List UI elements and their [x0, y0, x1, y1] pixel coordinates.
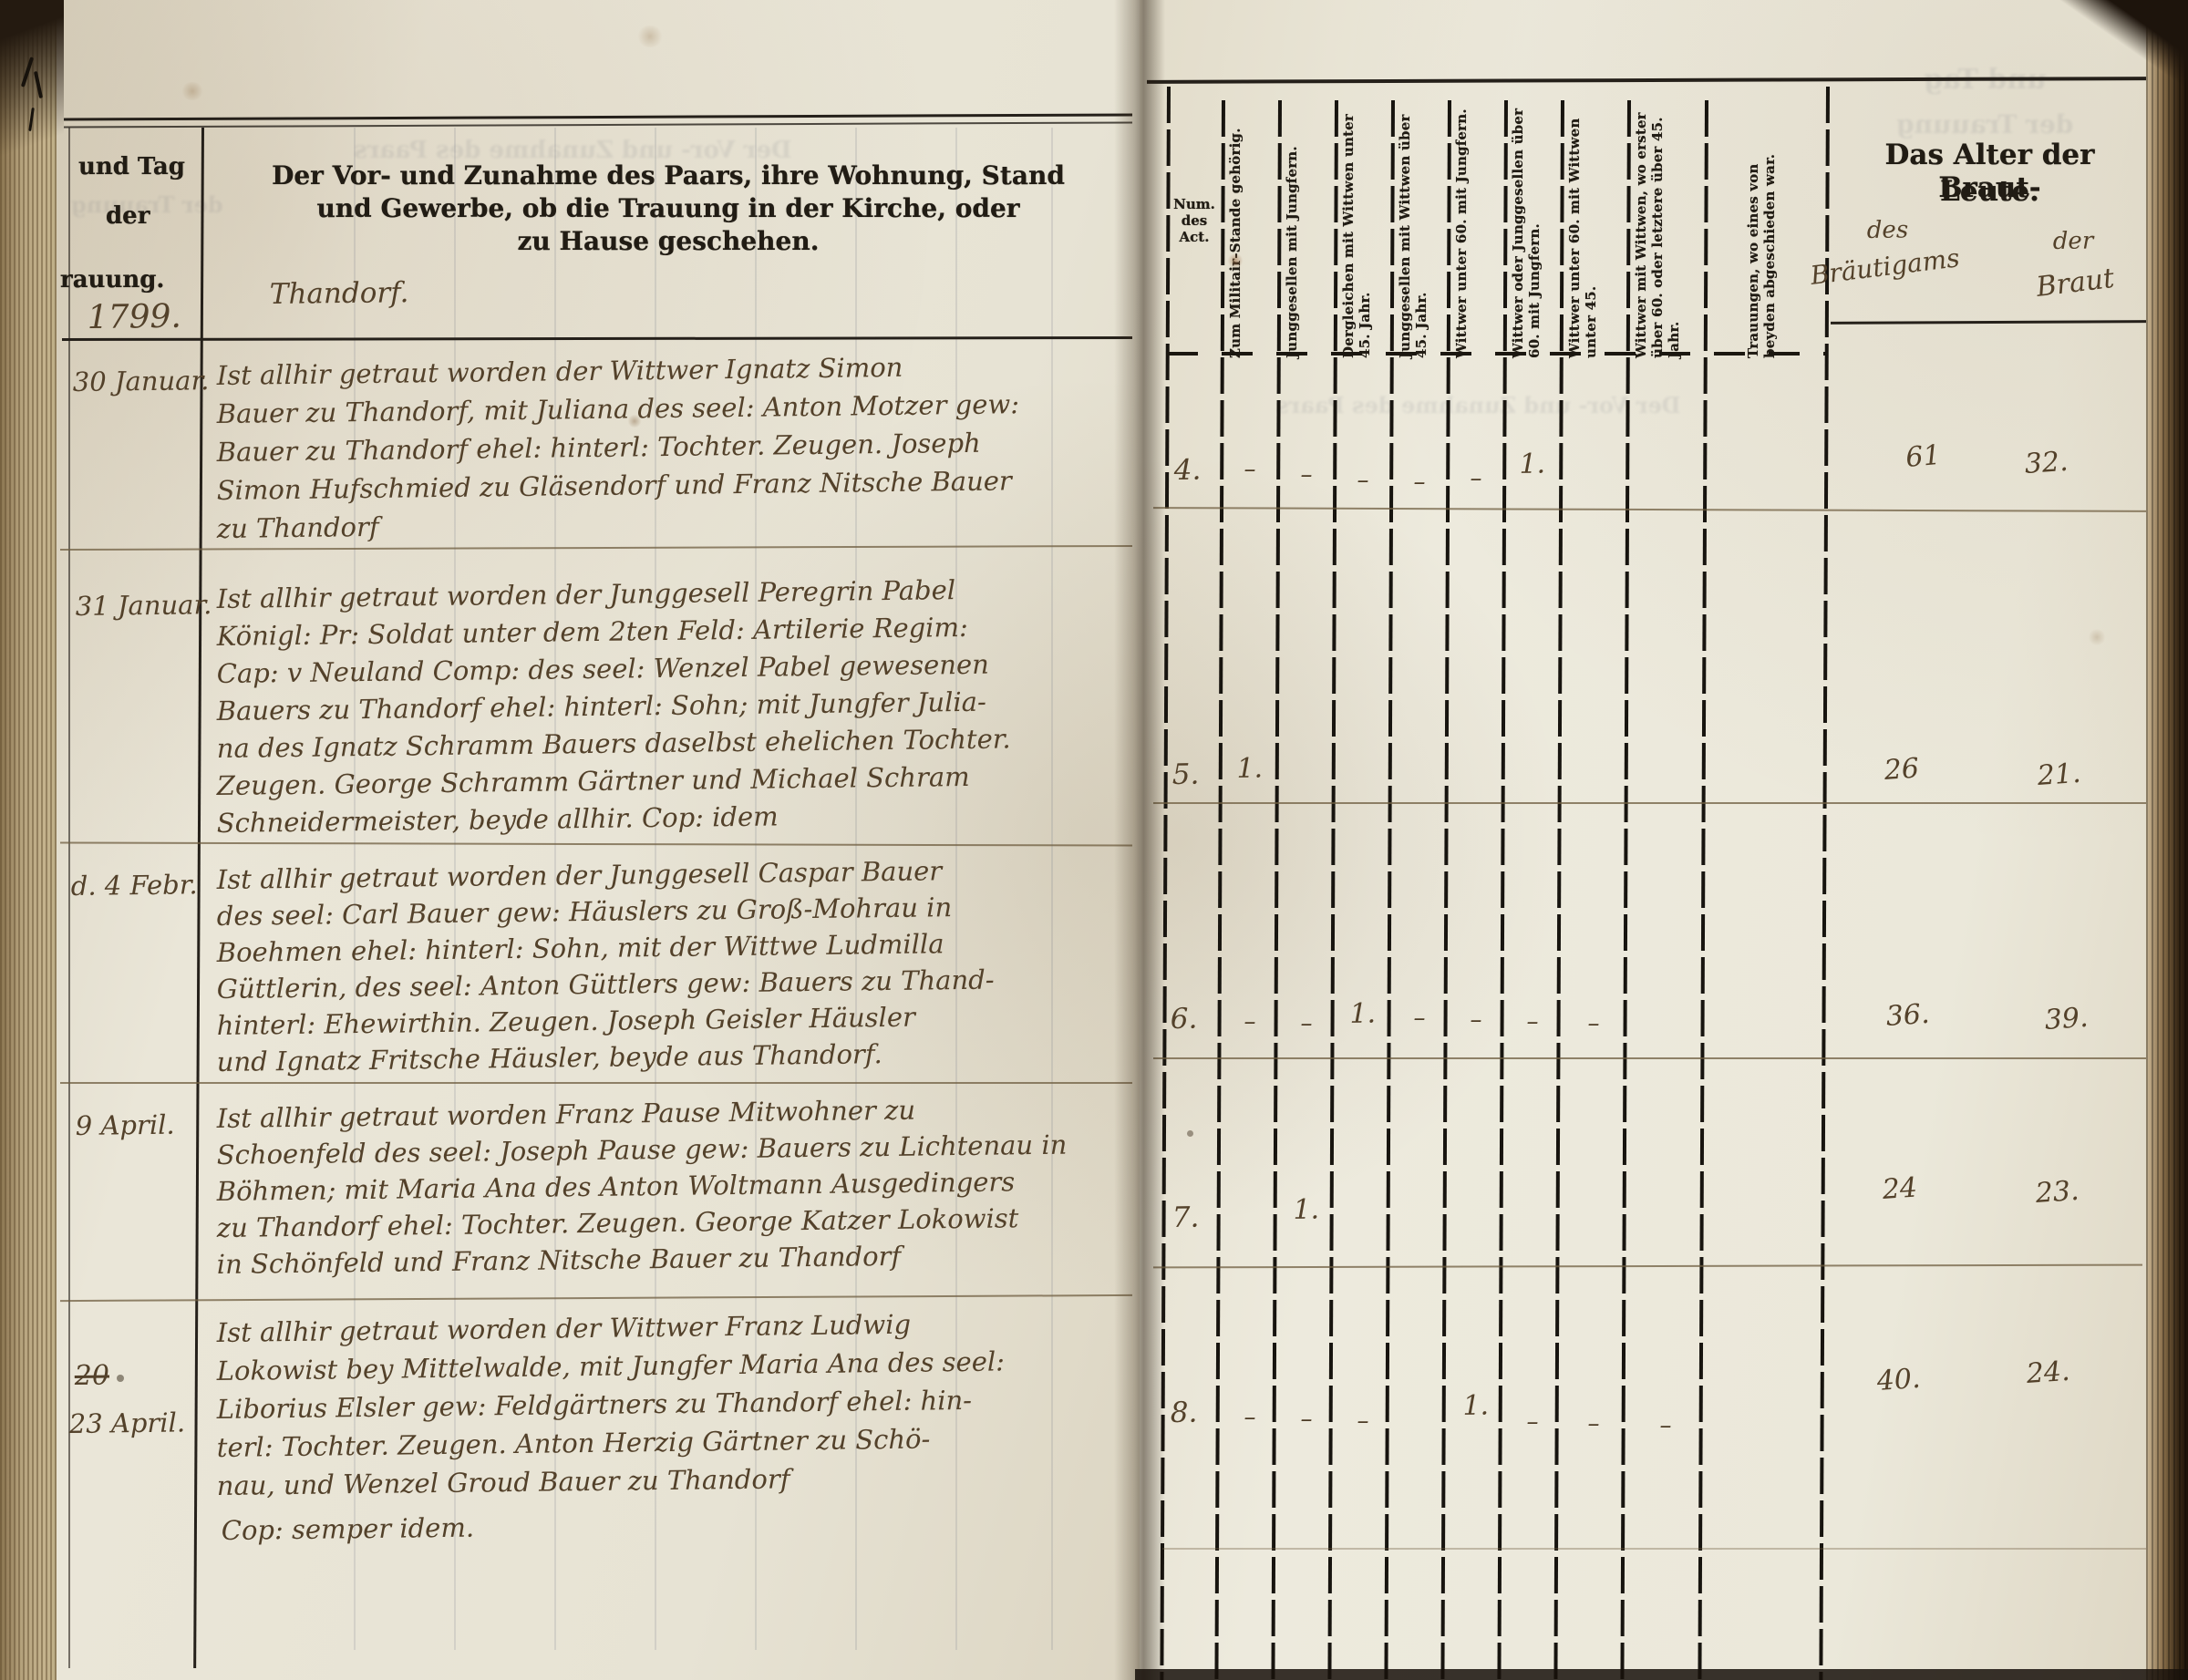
tally-mark: –	[1512, 1008, 1553, 1036]
right-page: und Tag der Trauung Der Vor- und Zunahme…	[1140, 0, 2152, 1680]
col-header: Wittwer mit Wittwen, wo erster über 60. …	[1633, 108, 1700, 358]
stain	[2088, 629, 2106, 645]
groom-age: 40.	[1876, 1363, 1922, 1397]
entry-line: Cop: semper idem.	[222, 1512, 475, 1546]
entry-line: Lokowist bey Mittelwalde, mit Jungfer Ma…	[217, 1345, 1006, 1386]
col-header: Wittwer unter 60. mit Jungfern.	[1453, 108, 1501, 358]
tally-mark: –	[1286, 1406, 1326, 1433]
bride-age: 24.	[2026, 1355, 2071, 1390]
date-col-header-line: der	[106, 202, 150, 230]
bride-age: 32.	[2024, 446, 2069, 480]
entry-line: Güttlerin, des seel: Anton Güttlers gew:…	[217, 964, 995, 1005]
col-header: Trauungen, wo eines von beyden abgeschie…	[1745, 108, 1796, 358]
entry-line: und Ignatz Fritsche Häusler, beyde aus T…	[217, 1038, 882, 1077]
stain	[117, 1375, 124, 1382]
stain	[181, 82, 204, 100]
entry-line: in Schönfeld und Franz Nitsche Bauer zu …	[217, 1241, 902, 1280]
bride-age: 39.	[2044, 1002, 2090, 1036]
page-title-line: und Gewerbe, ob die Trauung in der Kirch…	[217, 193, 1120, 223]
col-header: Wittwer unter 60. mit Wittwen unter 45.	[1566, 108, 1623, 358]
entry-line: Simon Hufschmied zu Gläsendorf und Franz…	[217, 465, 1012, 506]
header-bottom-dashes	[1167, 352, 1826, 356]
book-fore-edge-right	[2146, 0, 2188, 1680]
groom-age: 26	[1884, 752, 1921, 787]
tally-mark: –	[1399, 1005, 1440, 1032]
stain	[1227, 253, 1244, 268]
entry-line: na des Ignatz Schramm Bauers daselbst eh…	[217, 723, 1011, 764]
ages-title-line: Leute.	[1832, 175, 2147, 208]
header-bottom-rule	[62, 336, 1132, 341]
col-header: Zum Militair-Stande gehörig.	[1227, 108, 1275, 358]
place-note: Thandorf.	[270, 276, 409, 311]
scanned-marriage-register: Der Vor- und Zunahme des Paars der Trauu…	[0, 0, 2188, 1680]
row-num: 8.	[1171, 1397, 1198, 1429]
bride-subheader-line: Braut	[2035, 263, 2116, 304]
entry-line: terl: Tochter. Zeugen. Anton Herzig Gärt…	[217, 1423, 931, 1463]
col-header: Junggesellen mit Jungfern.	[1284, 108, 1331, 358]
entry-date: 30 Januar.	[73, 365, 210, 397]
entry-separator	[60, 1294, 1132, 1302]
background-bottom	[1135, 1669, 2188, 1680]
tally-mark: –	[1343, 1407, 1383, 1435]
entry-line: zu Thandorf ehel: Tochter. Zeugen. Georg…	[217, 1202, 1019, 1243]
col-header: Junggesellen mit Wittwen über 45. Jahr.	[1397, 108, 1444, 358]
bride-age: 23.	[2035, 1175, 2080, 1210]
book-fore-edge-left	[0, 0, 57, 1680]
date-col-header-line: rauung.	[60, 266, 165, 294]
row-separator	[1153, 1057, 2149, 1059]
entry-separator	[60, 1082, 1132, 1084]
tally-mark: –	[1343, 467, 1383, 494]
entry-line: Bauers zu Thandorf ehel: hinterl: Sohn; …	[217, 686, 986, 727]
entry-line: Böhmen; mit Maria Ana des Anton Woltmann…	[217, 1166, 1016, 1207]
groom-subheader-line: des	[1867, 216, 1909, 244]
column-line	[1214, 100, 1225, 1680]
groom-age: 36.	[1885, 998, 1931, 1033]
row-separator	[1162, 1548, 2147, 1550]
tally-mark: –	[1230, 1008, 1270, 1036]
year-label: 1799.	[87, 298, 181, 336]
tally-mark: –	[1574, 1010, 1614, 1037]
entry-separator	[60, 545, 1132, 551]
tally-mark: –	[1399, 469, 1440, 496]
top-rule	[64, 113, 1132, 120]
tally-mark: 1.	[1230, 752, 1270, 785]
col-header: Wittwer oder Junggesellen über 60. mit J…	[1510, 108, 1557, 358]
tally-mark: –	[1512, 1408, 1553, 1436]
entry-date: 9 April.	[76, 1109, 175, 1141]
entry-line: Ist allhir getraut worden der Junggesell…	[217, 855, 943, 895]
row-separator	[1153, 802, 2149, 804]
entry-date: 31 Januar.	[76, 589, 212, 622]
entry-line: hinterl: Ehewirthin. Zeugen. Joseph Geis…	[217, 1002, 915, 1041]
background-corner	[2051, 0, 2188, 100]
book-spine-corner	[0, 0, 64, 173]
entry-line: Cap: v Neuland Comp: des seel: Wenzel Pa…	[217, 649, 989, 689]
entry-line: Ist allhir getraut worden der Wittwer Fr…	[217, 1309, 912, 1348]
tally-mark: –	[1230, 456, 1270, 483]
page-gutter-shadow	[1114, 0, 1165, 1680]
row-separator	[1153, 1264, 2142, 1269]
tally-mark: –	[1646, 1412, 1686, 1439]
entry-separator	[60, 841, 1132, 846]
ages-header-rule	[1831, 320, 2148, 325]
entry-line: Liborius Elsler gew: Feldgärtners zu Tha…	[217, 1385, 973, 1425]
left-page: Der Vor- und Zunahme des Paars der Trauu…	[53, 0, 1140, 1680]
groom-age: 24	[1882, 1171, 1919, 1206]
entry-line: zu Thandorf	[217, 511, 379, 544]
entry-line: Ist allhir getraut worden der Wittwer Ig…	[217, 352, 903, 391]
bleed-line	[1051, 128, 1053, 1650]
row-num: 4.	[1174, 454, 1202, 487]
bride-subheader-line: der	[2053, 227, 2094, 255]
tally-mark: –	[1456, 465, 1496, 492]
stain	[1187, 1130, 1193, 1137]
column-line	[1819, 87, 1830, 1680]
entry-date: 23 April.	[69, 1407, 186, 1439]
entry-line: Ist allhir getraut worden Franz Pause Mi…	[217, 1095, 916, 1134]
page-title-line: Der Vor- und Zunahme des Paars, ihre Woh…	[217, 160, 1120, 191]
bleedthrough-text: der Trauung	[1896, 109, 2073, 139]
row-separator	[1153, 507, 2149, 512]
tally-mark: –	[1286, 1010, 1326, 1037]
entry-line: Schoenfeld des seel: Joseph Pause gew: B…	[217, 1129, 1068, 1170]
tally-mark: 1.	[1512, 448, 1553, 480]
bleed-line	[955, 128, 957, 1650]
row-num: 7.	[1172, 1201, 1200, 1234]
entry-line: Ist allhir getraut worden der Junggesell…	[217, 574, 956, 614]
tally-mark: 1.	[1286, 1193, 1326, 1226]
stain	[627, 415, 642, 428]
tally-mark: 1.	[1343, 997, 1383, 1030]
groom-subheader-line: Bräutigams	[1809, 242, 1961, 291]
entry-line: Bauer zu Thandorf ehel: hinterl: Tochter…	[217, 428, 981, 468]
entry-line: des seel: Carl Bauer gew: Häuslers zu Gr…	[217, 892, 953, 932]
entry-line: Bauer zu Thandorf, mit Juliana des seel:…	[217, 388, 1020, 429]
entry-date: d. 4 Febr.	[71, 869, 198, 902]
tally-mark: –	[1230, 1404, 1270, 1431]
top-rule-2	[64, 121, 1132, 128]
groom-age: 61	[1904, 439, 1942, 474]
row-num: 6.	[1171, 1003, 1198, 1036]
col-header-num: Num. des Act.	[1169, 196, 1220, 245]
page-title-line: zu Hause geschehen.	[217, 226, 1120, 256]
tally-mark: 1.	[1456, 1389, 1496, 1422]
entry-line: Schneidermeister, beyde allhir. Cop: ide…	[217, 800, 779, 839]
row-num: 5.	[1172, 758, 1200, 791]
entry-line: Boehmen ehel: hinterl: Sohn, mit der Wit…	[217, 928, 944, 968]
tally-mark: –	[1286, 461, 1326, 489]
entry-date-struck: 20	[75, 1360, 110, 1392]
date-col-header-line: und Tag	[78, 153, 185, 180]
tally-mark: –	[1574, 1410, 1614, 1438]
tally-mark: –	[1456, 1006, 1496, 1034]
bride-age: 21.	[2037, 758, 2082, 792]
entry-line: nau, und Wenzel Groud Bauer zu Thandorf	[217, 1463, 790, 1501]
stain	[636, 26, 664, 47]
col-header: Dergleichen mit Wittwen unter 45. Jahr.	[1340, 108, 1388, 358]
